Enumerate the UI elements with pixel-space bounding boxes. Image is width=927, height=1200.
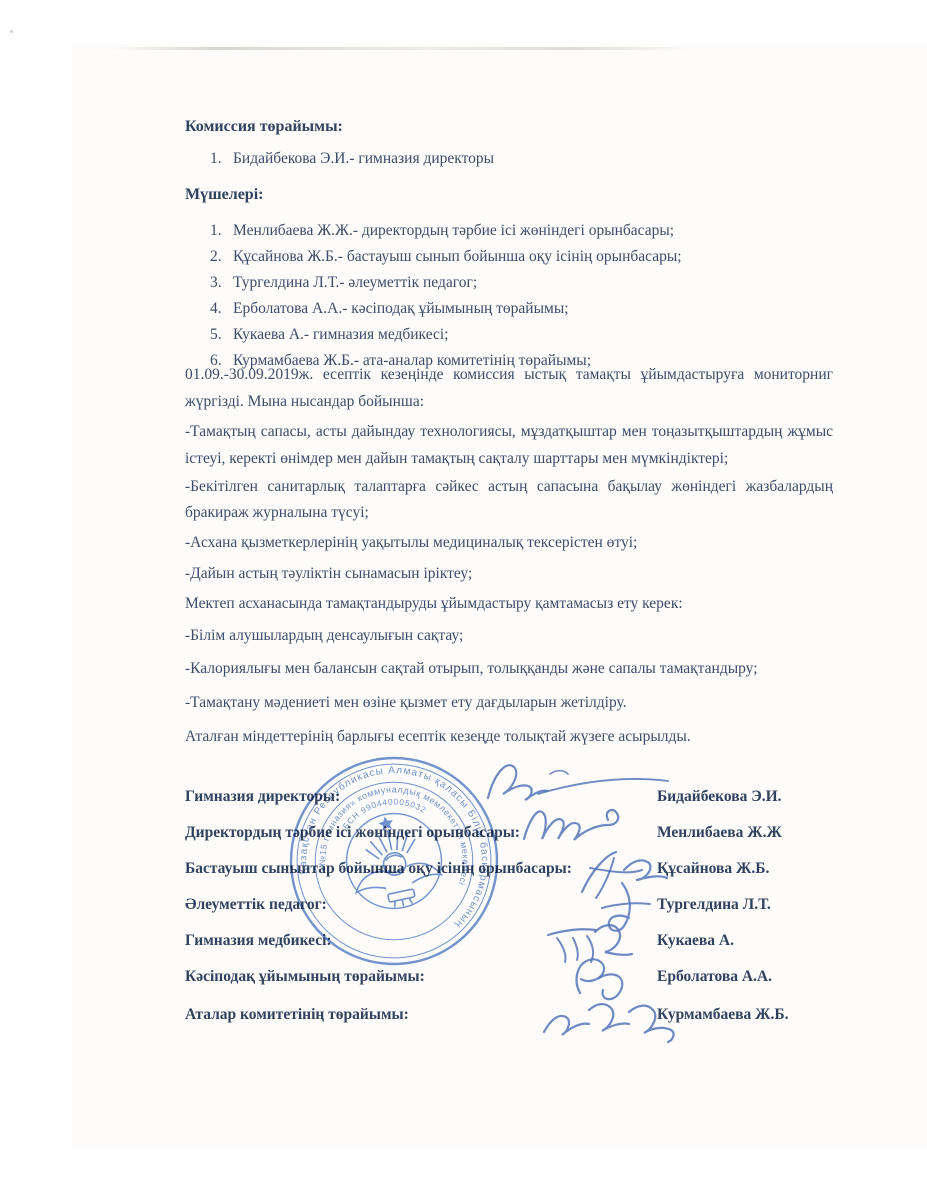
stamp-emblem <box>342 808 446 916</box>
role-label: Кәсіподақ ұйымының төрайымы: <box>185 968 425 986</box>
paragraph-culture: -Тамақтану мәдениеті мен өзіне қызмет ет… <box>185 689 833 716</box>
paragraph-conclusion: Аталған міндеттерінің барлығы есептік ке… <box>185 723 833 750</box>
signer-name: Кукаева А. <box>657 932 734 950</box>
item-text: Ерболатова А.А.- кәсіподақ ұйымының төра… <box>233 296 569 322</box>
item-number: 5. <box>210 322 233 348</box>
signature-row: Кәсіподақ ұйымының төрайымы:Ерболатова А… <box>185 968 833 998</box>
signer-name: Ерболатова А.А. <box>657 968 772 986</box>
paragraph-sanitary: -Бекітілген санитарлық талаптарға сәйкес… <box>185 474 833 526</box>
item-text: Құсайнова Ж.Б.- бастауыш сынып бойынша о… <box>233 244 682 270</box>
list-item: 4.Ерболатова А.А.- кәсіподақ ұйымының тө… <box>210 296 830 322</box>
signer-name: Менлибаева Ж.Ж <box>657 824 782 842</box>
item-number: 1. <box>210 218 233 244</box>
signer-name: Тургелдина Л.Т. <box>657 896 771 914</box>
star-icon <box>377 815 394 831</box>
paragraph-food-quality: -Тамақтың сапасы, асты дайындау технолог… <box>185 418 833 472</box>
paragraph-period: 01.09.-30.09.2019ж. есептік кезеңінде ко… <box>185 361 833 415</box>
chair-heading: Комиссия төрайымы: <box>185 118 343 136</box>
paragraph-samples: -Дайын астың тәуліктін сынамасын іріктеу… <box>185 560 833 587</box>
chair-item-number: 1. <box>210 150 233 168</box>
item-text: Менлибаева Ж.Ж.- директордың тәрбие ісі … <box>233 218 674 244</box>
paragraph-medical: -Асхана қызметкерлерінің уақытылы медици… <box>185 529 833 556</box>
members-heading: Мүшелері: <box>185 186 263 204</box>
signature-row: Аталар комитетінің төрайымы:Курмамбаева … <box>185 1006 833 1036</box>
item-number: 2. <box>210 244 233 270</box>
signer-name: Құсайнова Ж.Б. <box>657 860 769 878</box>
item-text: Тургелдина Л.Т.- әлеуметтік педагог; <box>233 270 477 296</box>
signature-row: Бастауыш сыныптар бойынша оқу ісінің оры… <box>185 860 833 890</box>
role-label: Аталар комитетінің төрайымы: <box>185 1006 409 1024</box>
item-number: 3. <box>210 270 233 296</box>
signer-name: Курмамбаева Ж.Б. <box>657 1006 788 1024</box>
list-item: 3.Тургелдина Л.Т.- әлеуметтік педагог; <box>210 270 830 296</box>
official-stamp: Қазақстан Республикасы Алматы қаласы Біл… <box>268 735 519 986</box>
chair-item: 1. Бидайбекова Э.И.- гимназия директоры <box>210 150 830 168</box>
list-item: 5.Кукаева А.- гимназия медбикесі; <box>210 322 830 348</box>
scan-artifact-line <box>110 47 690 50</box>
list-item: 2.Құсайнова Ж.Б.- бастауыш сынып бойынша… <box>210 244 830 270</box>
item-number: 4. <box>210 296 233 322</box>
item-text: Кукаева А.- гимназия медбикесі; <box>233 322 448 348</box>
stamp-outer-border-inner <box>279 746 509 976</box>
paragraph-canteen: Мектеп асханасында тамақтандыруды ұйымда… <box>185 590 833 617</box>
scan-speck <box>10 30 13 33</box>
chair-item-text: Бидайбекова Э.И.- гимназия директоры <box>233 150 494 168</box>
signer-name: Бидайбекова Э.И. <box>657 788 782 806</box>
paragraph-health: -Білім алушылардың денсаулығын сақтау; <box>185 622 833 649</box>
paragraph-calories: -Калориялығы мен балансын сақтай отырып,… <box>185 655 833 682</box>
list-item: 1.Менлибаева Ж.Ж.- директордың тәрбие іс… <box>210 218 830 244</box>
members-list: 1.Менлибаева Ж.Ж.- директордың тәрбие іс… <box>210 218 830 374</box>
